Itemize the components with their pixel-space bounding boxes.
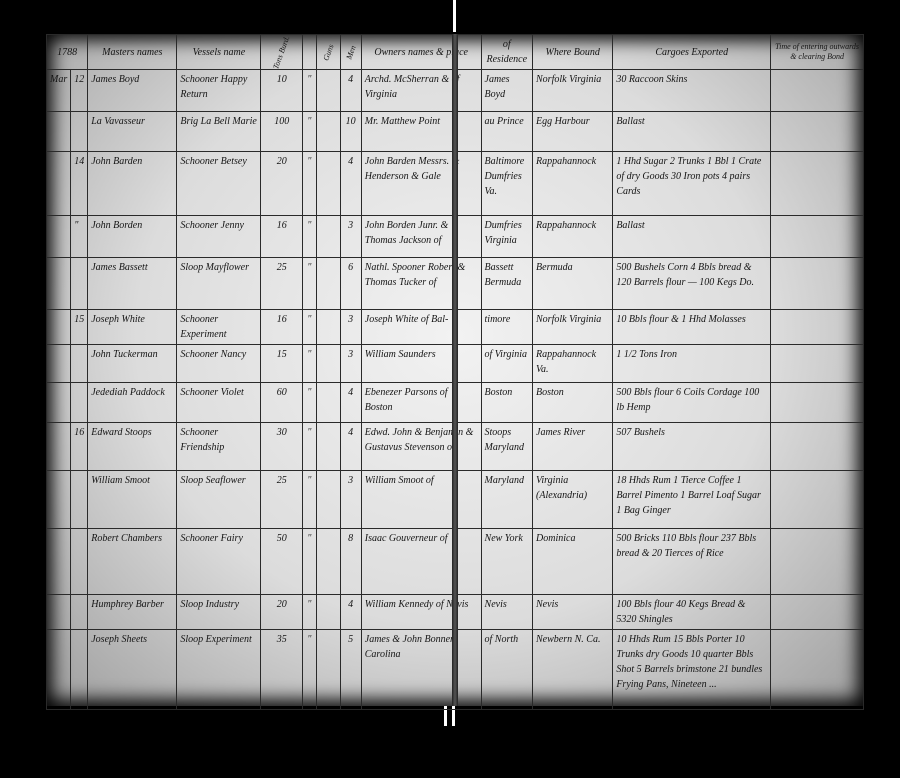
header-masters-names: Masters names xyxy=(88,35,177,70)
cell-remarks xyxy=(771,529,864,595)
cell-cargo: 10 Hhds Rum 15 Bbls Porter 10 Trunks dry… xyxy=(613,630,771,710)
cell-master: Robert Chambers xyxy=(88,529,177,595)
cell-remarks xyxy=(771,112,864,152)
cell-cargo: 500 Bushels Corn 4 Bbls bread & 120 Barr… xyxy=(613,258,771,310)
cell-tons: 35 xyxy=(261,630,303,710)
header-men: Men xyxy=(340,35,361,70)
cell-residence: of North xyxy=(481,630,532,710)
cell-vessel: Schooner Happy Return xyxy=(177,70,261,112)
cell-month xyxy=(47,258,71,310)
cell-residence: Bassett Bermuda xyxy=(481,258,532,310)
cell-guns xyxy=(316,383,340,423)
cell-owners: William Kennedy of Nevis xyxy=(361,595,481,630)
cell-where-bound: Nevis xyxy=(533,595,613,630)
cell-day: 12 xyxy=(71,70,88,112)
cell-vessel: Brig La Bell Marie xyxy=(177,112,261,152)
cell-month xyxy=(47,345,71,383)
cell-residence: Baltimore Dumfries Va. xyxy=(481,152,532,216)
cell-master: John Barden xyxy=(88,152,177,216)
cell-residence: Boston xyxy=(481,383,532,423)
cell-remarks xyxy=(771,630,864,710)
header-tons: Tons Burd. xyxy=(261,35,303,70)
cell-guns xyxy=(316,630,340,710)
cell-where-bound: James River xyxy=(533,423,613,471)
cell-master: James Bassett xyxy=(88,258,177,310)
cell-mark: " xyxy=(302,529,316,595)
header-guns: Guns xyxy=(316,35,340,70)
cell-mark: " xyxy=(302,345,316,383)
cell-mark: " xyxy=(302,310,316,345)
cell-mark: " xyxy=(302,383,316,423)
cell-tons: 50 xyxy=(261,529,303,595)
cell-owners: William Saunders xyxy=(361,345,481,383)
cell-guns xyxy=(316,423,340,471)
header-cargoes: Cargoes Exported xyxy=(613,35,771,70)
cell-owners: Archd. McSherran & of Virginia xyxy=(361,70,481,112)
cell-day xyxy=(71,471,88,529)
cell-mark: " xyxy=(302,70,316,112)
cell-residence: Stoops Maryland xyxy=(481,423,532,471)
cell-vessel: Sloop Seaflower xyxy=(177,471,261,529)
cell-men: 4 xyxy=(340,70,361,112)
cell-master: Joseph Sheets xyxy=(88,630,177,710)
cell-master: James Boyd xyxy=(88,70,177,112)
cell-remarks xyxy=(771,258,864,310)
cell-owners: Mr. Matthew Point xyxy=(361,112,481,152)
cell-day: 16 xyxy=(71,423,88,471)
cell-men: 5 xyxy=(340,630,361,710)
cell-owners: John Barden Messrs. & Henderson & Gale xyxy=(361,152,481,216)
cell-tons: 16 xyxy=(261,310,303,345)
cell-mark: " xyxy=(302,423,316,471)
cell-day xyxy=(71,630,88,710)
cell-owners: William Smoot of xyxy=(361,471,481,529)
cell-men: 8 xyxy=(340,529,361,595)
cell-guns xyxy=(316,310,340,345)
cell-tons: 25 xyxy=(261,471,303,529)
cell-owners: James & John Bonner Carolina xyxy=(361,630,481,710)
cell-mark: " xyxy=(302,471,316,529)
cell-tons: 60 xyxy=(261,383,303,423)
cell-cargo: 1 1/2 Tons Iron xyxy=(613,345,771,383)
book-gutter xyxy=(452,34,458,706)
cell-month xyxy=(47,423,71,471)
cell-day: 14 xyxy=(71,152,88,216)
cell-mark: " xyxy=(302,216,316,258)
cell-vessel: Schooner Fairy xyxy=(177,529,261,595)
cell-guns xyxy=(316,345,340,383)
cell-men: 3 xyxy=(340,216,361,258)
cell-men: 3 xyxy=(340,310,361,345)
ledger-page: 1788 Masters names Vessels name Tons Bur… xyxy=(46,34,864,706)
cell-day xyxy=(71,529,88,595)
cell-remarks xyxy=(771,70,864,112)
cell-cargo: 10 Bbls flour & 1 Hhd Molasses xyxy=(613,310,771,345)
cell-owners: Nathl. Spooner Robert & Thomas Tucker of xyxy=(361,258,481,310)
cell-where-bound: Rappahannock xyxy=(533,216,613,258)
cell-vessel: Schooner Betsey xyxy=(177,152,261,216)
cell-cargo: Ballast xyxy=(613,112,771,152)
cell-owners: Joseph White of Bal- xyxy=(361,310,481,345)
cell-guns xyxy=(316,112,340,152)
cell-day xyxy=(71,595,88,630)
cell-vessel: Schooner Jenny xyxy=(177,216,261,258)
cell-residence: au Prince xyxy=(481,112,532,152)
cell-residence: of Virginia xyxy=(481,345,532,383)
cell-vessel: Schooner Experiment xyxy=(177,310,261,345)
cell-residence: New York xyxy=(481,529,532,595)
cell-remarks xyxy=(771,345,864,383)
cell-cargo: 500 Bricks 110 Bbls flour 237 Bbls bread… xyxy=(613,529,771,595)
cell-master: Humphrey Barber xyxy=(88,595,177,630)
cell-residence: Maryland xyxy=(481,471,532,529)
cell-month xyxy=(47,216,71,258)
cell-remarks xyxy=(771,423,864,471)
cell-men: 3 xyxy=(340,345,361,383)
cell-day xyxy=(71,258,88,310)
cell-tons: 25 xyxy=(261,258,303,310)
cell-master: Edward Stoops xyxy=(88,423,177,471)
header-vessels-name: Vessels name xyxy=(177,35,261,70)
cell-where-bound: Boston xyxy=(533,383,613,423)
cell-men: 4 xyxy=(340,423,361,471)
cell-residence: Nevis xyxy=(481,595,532,630)
cell-month xyxy=(47,630,71,710)
cell-residence: Dumfries Virginia xyxy=(481,216,532,258)
cell-owners: Ebenezer Parsons of Boston xyxy=(361,383,481,423)
cell-where-bound: Rappahannock xyxy=(533,152,613,216)
header-residence: of Residence xyxy=(481,35,532,70)
cell-cargo: 1 Hhd Sugar 2 Trunks 1 Bbl 1 Crate of dr… xyxy=(613,152,771,216)
cell-mark: " xyxy=(302,258,316,310)
cell-cargo: 18 Hhds Rum 1 Tierce Coffee 1 Barrel Pim… xyxy=(613,471,771,529)
cell-mark: " xyxy=(302,595,316,630)
cell-mark: " xyxy=(302,112,316,152)
cell-guns xyxy=(316,595,340,630)
cell-where-bound: Newbern N. Ca. xyxy=(533,630,613,710)
cell-cargo: 507 Bushels xyxy=(613,423,771,471)
cell-men: 3 xyxy=(340,471,361,529)
cell-month xyxy=(47,112,71,152)
header-where-bound: Where Bound xyxy=(533,35,613,70)
header-remarks: Time of entering outwards & clearing Bon… xyxy=(771,35,864,70)
cell-guns xyxy=(316,216,340,258)
cell-month xyxy=(47,595,71,630)
cell-remarks xyxy=(771,383,864,423)
cell-day: 15 xyxy=(71,310,88,345)
cell-cargo: 30 Raccoon Skins xyxy=(613,70,771,112)
cell-where-bound: Bermuda xyxy=(533,258,613,310)
cell-men: 10 xyxy=(340,112,361,152)
cell-master: William Smoot xyxy=(88,471,177,529)
header-blank xyxy=(302,35,316,70)
cell-vessel: Sloop Mayflower xyxy=(177,258,261,310)
cell-master: Jedediah Paddock xyxy=(88,383,177,423)
cell-month: Mar xyxy=(47,70,71,112)
cell-mark: " xyxy=(302,152,316,216)
cell-remarks xyxy=(771,595,864,630)
cell-where-bound: Egg Harbour xyxy=(533,112,613,152)
cell-master: John Tuckerman xyxy=(88,345,177,383)
cell-tons: 20 xyxy=(261,595,303,630)
cell-where-bound: Virginia (Alexandria) xyxy=(533,471,613,529)
cell-residence: timore xyxy=(481,310,532,345)
cell-cargo: Ballast xyxy=(613,216,771,258)
cell-day xyxy=(71,345,88,383)
cell-tons: 30 xyxy=(261,423,303,471)
cell-master: La Vavasseur xyxy=(88,112,177,152)
cell-guns xyxy=(316,70,340,112)
cell-vessel: Sloop Experiment xyxy=(177,630,261,710)
cell-vessel: Schooner Nancy xyxy=(177,345,261,383)
cell-remarks xyxy=(771,310,864,345)
cell-remarks xyxy=(771,152,864,216)
cell-where-bound: Norfolk Virginia xyxy=(533,70,613,112)
cell-guns xyxy=(316,152,340,216)
cell-men: 4 xyxy=(340,383,361,423)
cell-residence: James Boyd xyxy=(481,70,532,112)
header-owners: Owners names & place xyxy=(361,35,481,70)
cell-month xyxy=(47,529,71,595)
cell-remarks xyxy=(771,471,864,529)
cell-guns xyxy=(316,529,340,595)
cell-vessel: Schooner Violet xyxy=(177,383,261,423)
cell-where-bound: Norfolk Virginia xyxy=(533,310,613,345)
cell-day xyxy=(71,383,88,423)
film-marker-top xyxy=(453,0,456,32)
cell-tons: 20 xyxy=(261,152,303,216)
cell-month xyxy=(47,471,71,529)
cell-month xyxy=(47,152,71,216)
cell-where-bound: Dominica xyxy=(533,529,613,595)
cell-month xyxy=(47,310,71,345)
cell-cargo: 100 Bbls flour 40 Kegs Bread & 5320 Shin… xyxy=(613,595,771,630)
header-year: 1788 xyxy=(47,35,88,70)
cell-tons: 15 xyxy=(261,345,303,383)
cell-men: 4 xyxy=(340,595,361,630)
cell-tons: 100 xyxy=(261,112,303,152)
cell-master: John Borden xyxy=(88,216,177,258)
cell-master: Joseph White xyxy=(88,310,177,345)
cell-tons: 10 xyxy=(261,70,303,112)
cell-mark: " xyxy=(302,630,316,710)
cell-day: " xyxy=(71,216,88,258)
cell-vessel: Sloop Industry xyxy=(177,595,261,630)
cell-cargo: 500 Bbls flour 6 Coils Cordage 100 lb He… xyxy=(613,383,771,423)
cell-guns xyxy=(316,258,340,310)
cell-vessel: Schooner Friendship xyxy=(177,423,261,471)
cell-owners: John Borden Junr. & Thomas Jackson of xyxy=(361,216,481,258)
cell-owners: Isaac Gouverneur of xyxy=(361,529,481,595)
cell-tons: 16 xyxy=(261,216,303,258)
cell-remarks xyxy=(771,216,864,258)
cell-day xyxy=(71,112,88,152)
cell-month xyxy=(47,383,71,423)
cell-guns xyxy=(316,471,340,529)
cell-men: 6 xyxy=(340,258,361,310)
cell-owners: Edwd. John & Benjamin & Gustavus Stevens… xyxy=(361,423,481,471)
cell-where-bound: Rappahannock Va. xyxy=(533,345,613,383)
cell-men: 4 xyxy=(340,152,361,216)
